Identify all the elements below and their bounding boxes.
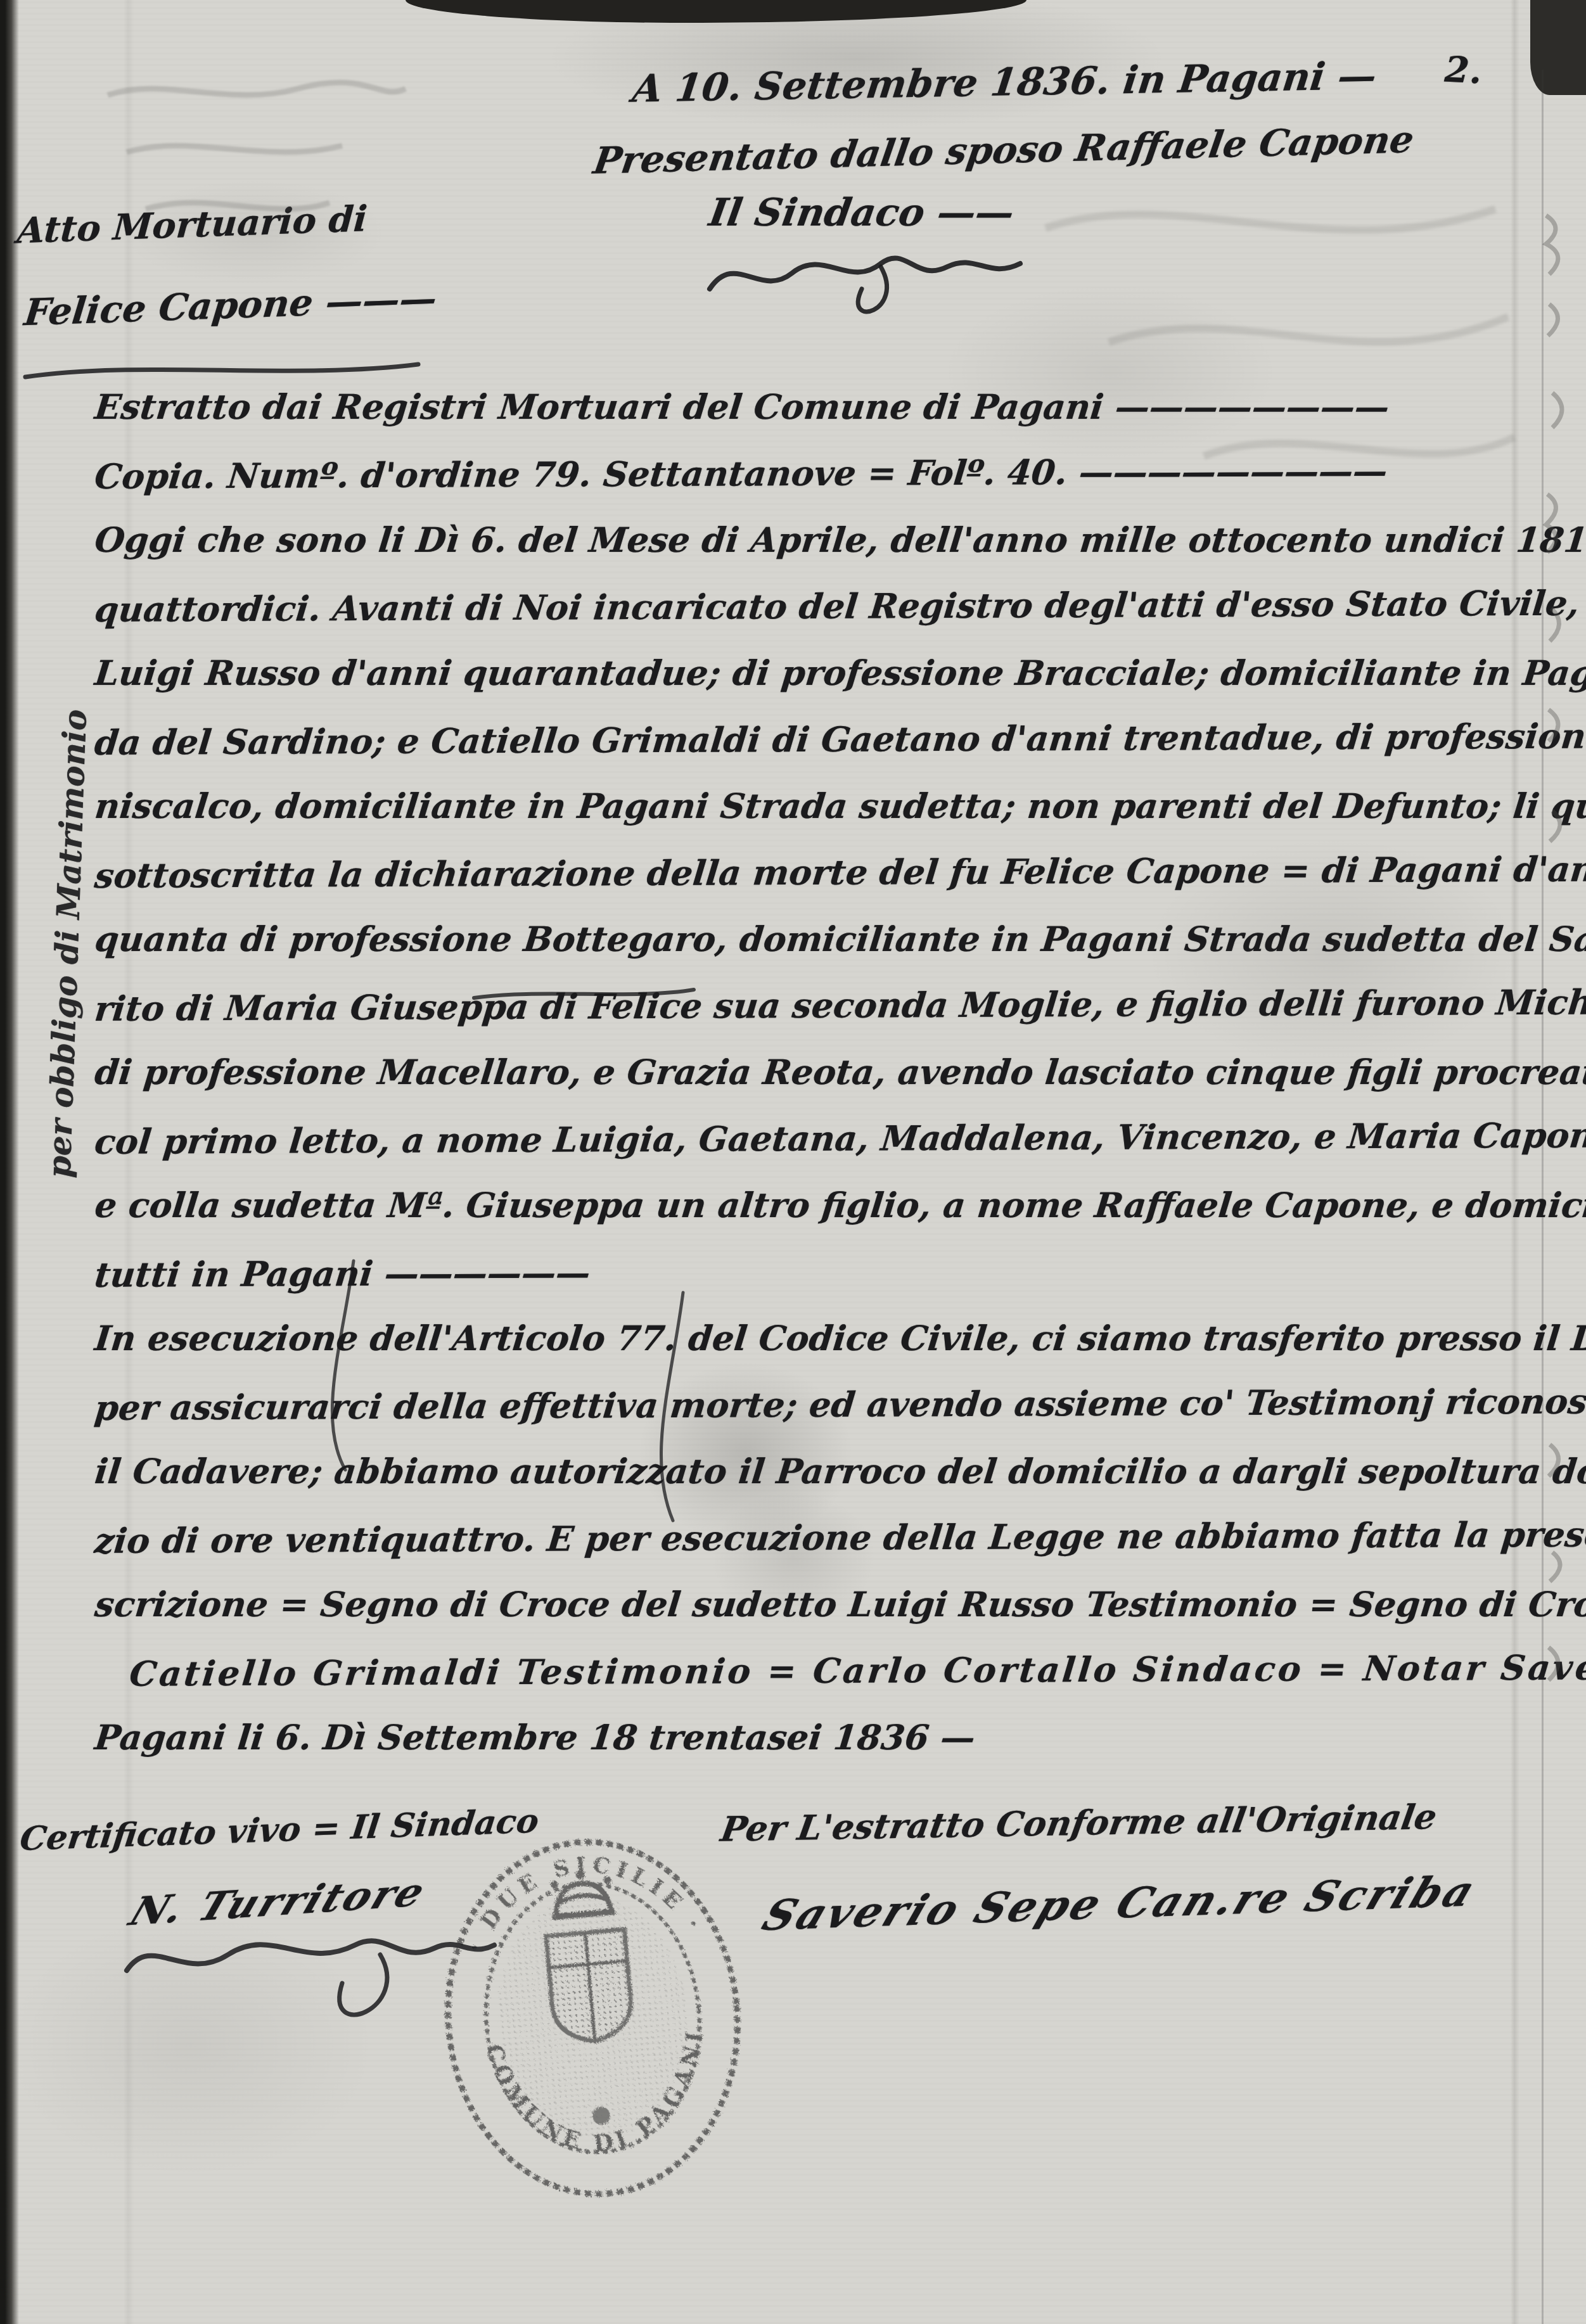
footer-right-signature: Saverio Sepe Can.re Scriba [756, 1867, 1484, 1941]
sindaco-signature [691, 229, 1046, 336]
binding-edge [0, 0, 19, 2324]
svg-text:· DUE SICILIE ·: · DUE SICILIE · [455, 1842, 710, 1958]
stamp-legend-bottom: COMUNE DI PAGANI [480, 2024, 719, 2167]
margin-title: Atto Mortuario di Felice Capone ——— [18, 203, 436, 327]
margin-act-type: Atto Mortuario di [16, 196, 438, 252]
act-text-line: Copia. Numº. d'ordine 79. Settantanove =… [91, 437, 1518, 510]
act-text-line: il Cadavere; abbiamo autorizzato il Parr… [91, 1438, 1518, 1505]
page-top-edge [406, 0, 1026, 23]
footer-left-signature: N. Turritore [124, 1868, 433, 1934]
margin-deceased-name: Felice Capone ——— [22, 277, 439, 335]
act-text-line: e colla sudetta Mª. Giuseppa un altro fi… [91, 1172, 1518, 1239]
act-text-line: di professione Macellaro, e Grazia Reota… [91, 1039, 1518, 1106]
footer-right-attestation: Per L'estratto Conforme all'Originale [718, 1796, 1440, 1849]
act-text-line: da del Sardino; e Catiello Grimaldi di G… [91, 703, 1518, 776]
stamp-legend-top: · DUE SICILIE · [455, 1842, 710, 1958]
act-text-line: tutti in Pagani —————— [91, 1235, 1518, 1308]
margin-vertical-note: per obbligo di Matrimonio [40, 557, 99, 1178]
act-text-line: per assicurarci della effettiva morte; e… [91, 1369, 1518, 1441]
header-date-line: A 10. Settembre 1836. in Pagani — [630, 53, 1416, 111]
document-page: 2. A 10. Settembre 1836. in Pagani — Pre… [0, 0, 1586, 2324]
header-annotation: A 10. Settembre 1836. in Pagani — Presen… [634, 60, 1412, 345]
act-text-line: Estratto dai Registri Mortuari del Comun… [91, 374, 1518, 440]
act-text-line: quanta di professione Bottegaro, domicil… [91, 906, 1518, 973]
act-text-line: In esecuzione dell'Articolo 77. del Codi… [91, 1305, 1518, 1372]
header-presented-line: Presentato dallo sposo Raffaele Capone [591, 118, 1417, 182]
page-number: 2. [1443, 49, 1483, 93]
act-text-line: scrizione = Segno di Croce del sudetto L… [91, 1571, 1518, 1638]
act-text-line: col primo letto, a nome Luigia, Gaetana,… [91, 1102, 1518, 1175]
act-text-line: Pagani li 6. Dì Settembre 18 trentasei 1… [91, 1704, 1518, 1771]
act-text-line: zio di ore ventiquattro. E per esecuzion… [91, 1502, 1518, 1574]
page-corner-shadow [1530, 0, 1586, 95]
header-official-title: Il Sindaco —— [706, 191, 1415, 235]
act-text-line: Luigi Russo d'anni quarantadue; di profe… [91, 640, 1518, 706]
act-text-line: rito di Maria Giuseppa di Felice sua sec… [91, 969, 1518, 1042]
act-text: Estratto dai Registri Mortuari del Comun… [95, 374, 1514, 1771]
svg-text:COMUNE DI PAGANI: COMUNE DI PAGANI [480, 2024, 719, 2167]
footer-left-attestation: Certificato vivo = Il Sindaco [18, 1802, 540, 1858]
act-text-line: Catiello Grimaldi Testimonio = Carlo Cor… [91, 1635, 1518, 1708]
municipal-seal-stamp: · DUE SICILIE · COMUNE DI PAGANI [399, 1804, 786, 2226]
act-text-line: sottoscritta la dichiarazione della mort… [91, 836, 1518, 909]
act-text-line: Oggi che sono li Dì 6. del Mese di April… [91, 507, 1518, 573]
act-text-line: quattordici. Avanti di Noi incaricato de… [91, 570, 1518, 643]
act-text-line: niscalco, domiciliante in Pagani Strada … [91, 773, 1518, 840]
